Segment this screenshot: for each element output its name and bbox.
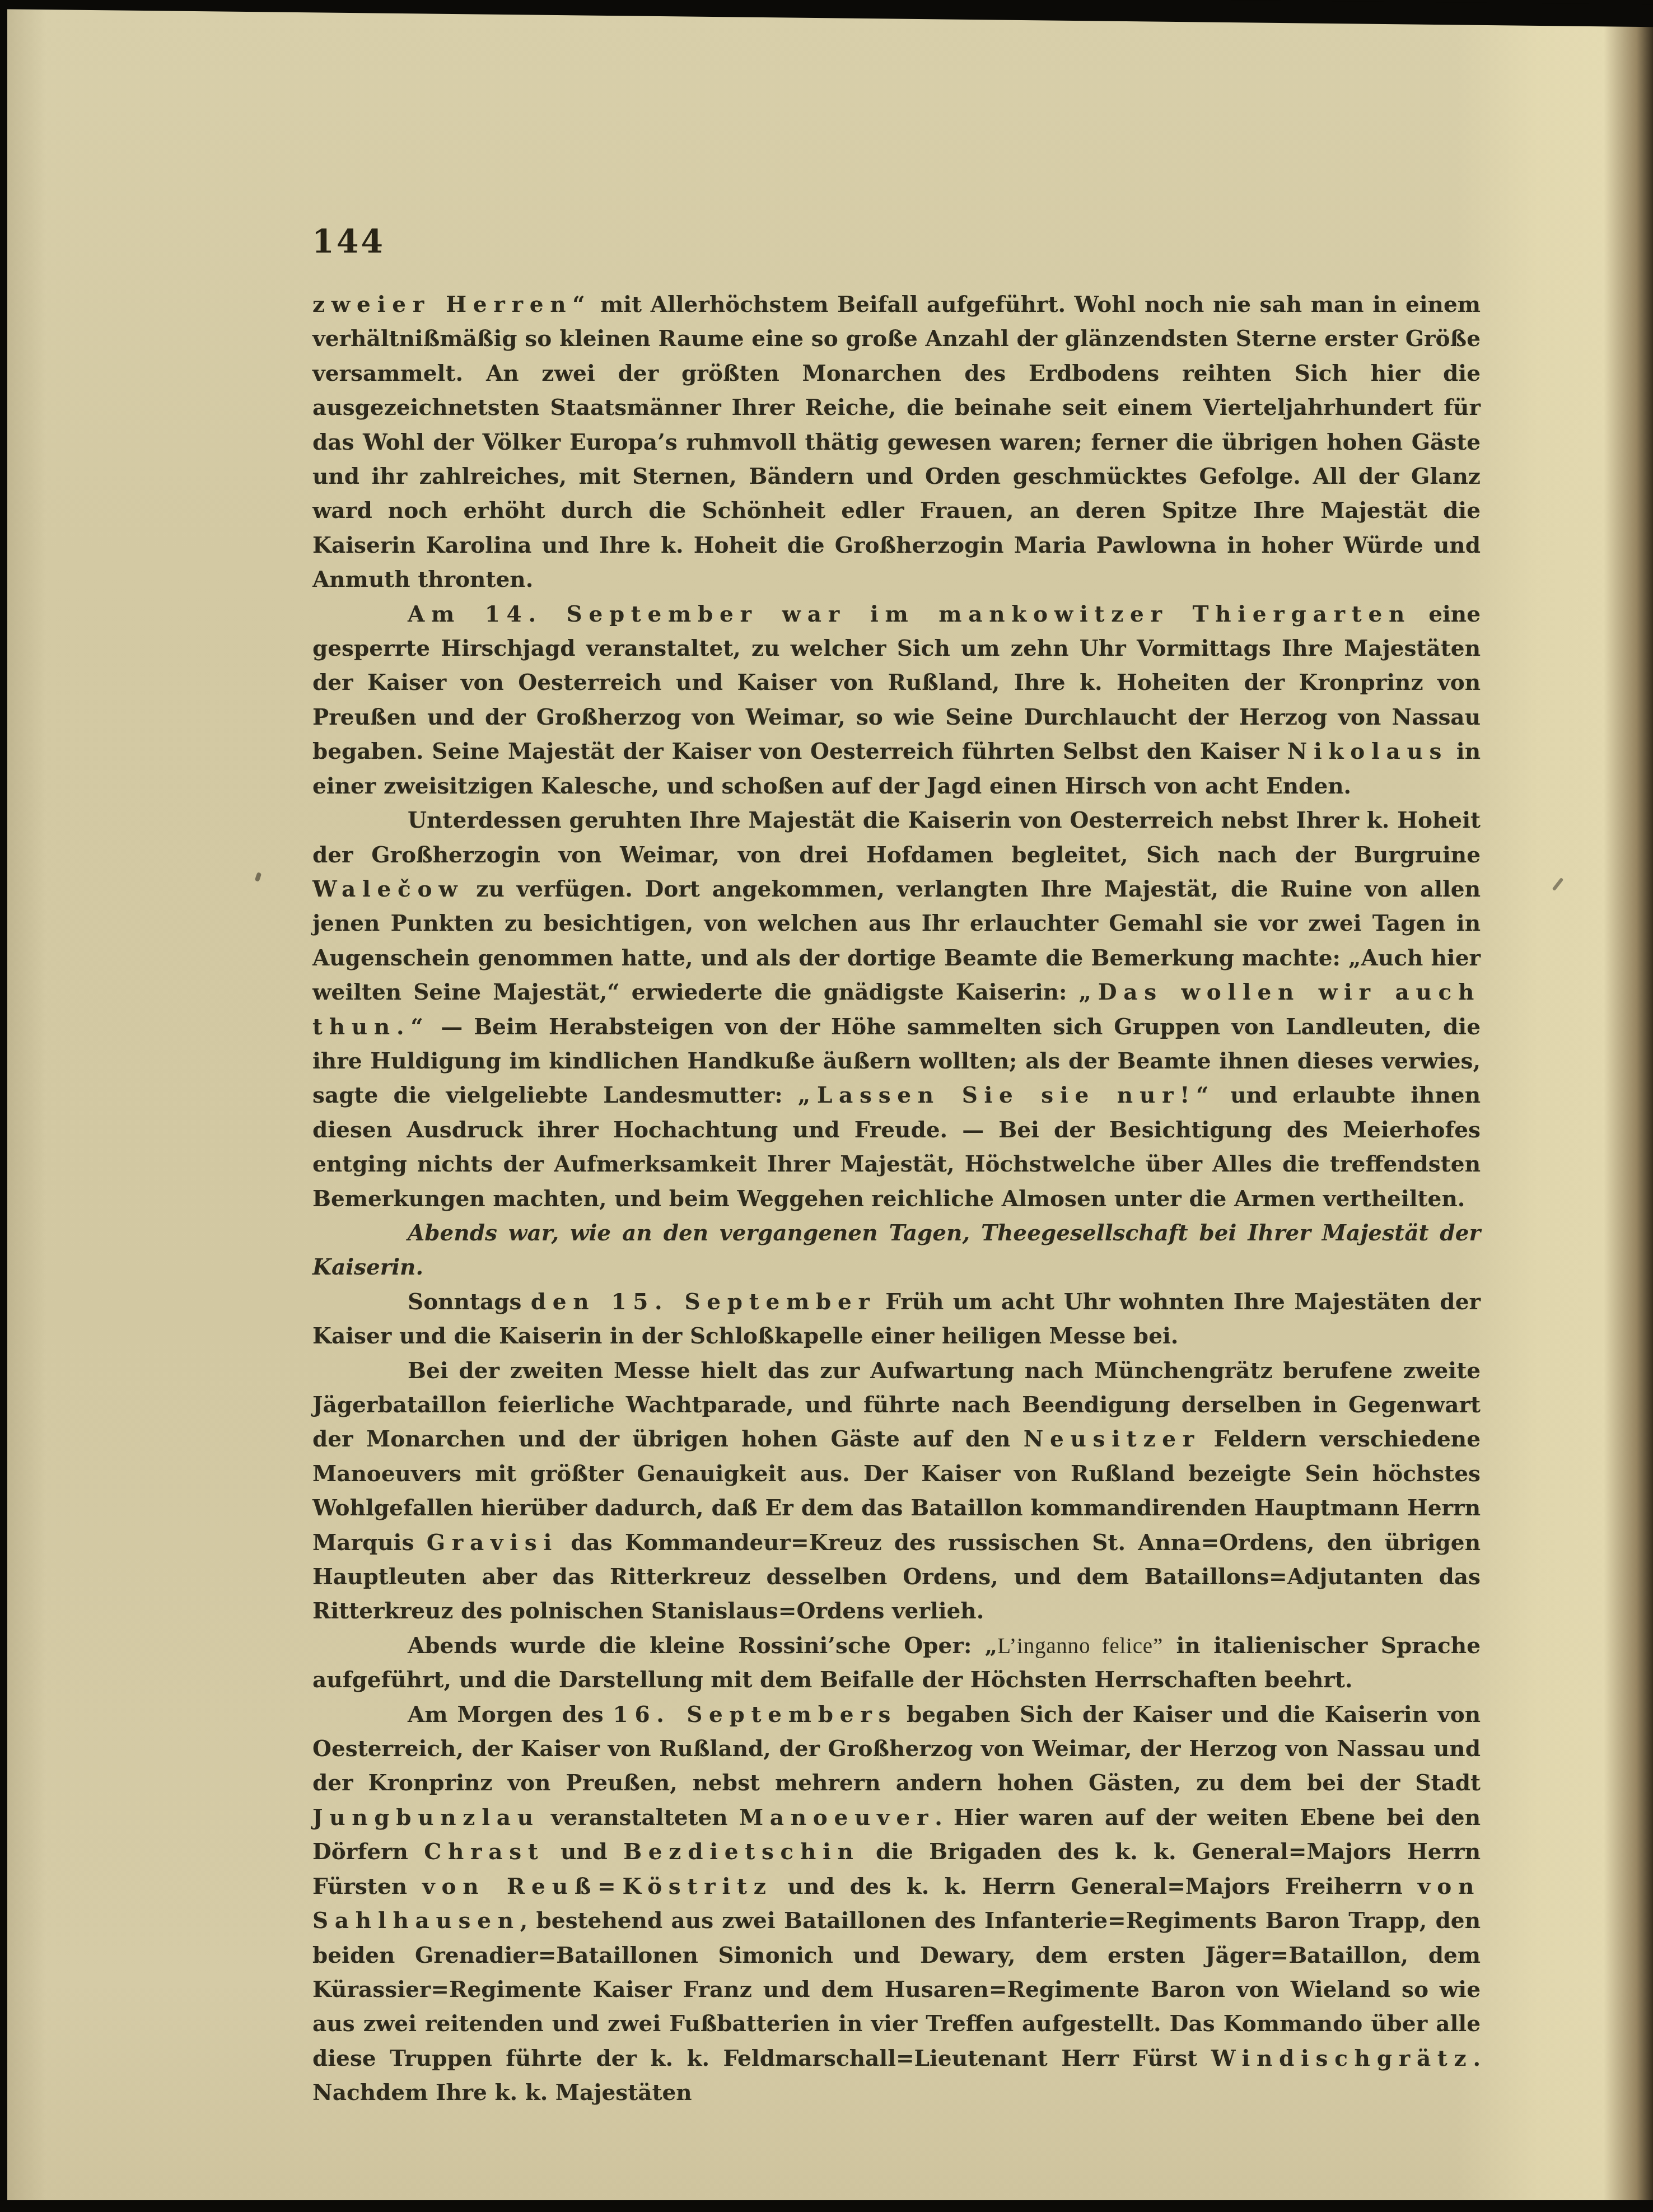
paragraph: Sonntags den 15. September Früh um acht … <box>312 1285 1481 1354</box>
ink-speck-right-margin <box>1552 878 1564 891</box>
text-segment: veranstalteten <box>540 1805 739 1831</box>
text-segment: Manoeuver <box>739 1805 935 1831</box>
text-segment: Jungbunzlau <box>312 1805 540 1831</box>
scan-border-bottom <box>0 2200 1653 2212</box>
text-segment: Am Morgen des <box>408 1702 613 1728</box>
paragraph: Am 14. September war im mankowitzer Thie… <box>312 598 1481 804</box>
paragraph: Abends wurde die kleine Rossini’sche Ope… <box>312 1629 1481 1698</box>
text-segment: Walečow <box>312 876 464 902</box>
text-segment: Chrast <box>424 1839 544 1865</box>
book-page: 144 zweier Herren“ mit Allerhöchstem Bei… <box>7 0 1653 2200</box>
text-segment: den 15. September <box>531 1289 876 1315</box>
ink-speck-left-margin <box>255 872 262 882</box>
scan-border-left <box>0 0 7 2212</box>
paragraph: Unterdessen geruhten Ihre Majestät die K… <box>312 804 1481 1216</box>
text-segment: mit Allerhöchstem Beifall aufgeführt. Wo… <box>312 292 1481 592</box>
page-number: 144 <box>312 223 385 260</box>
text-segment: von Reuß=Köstritz <box>422 1874 772 1900</box>
text-segment: Abends wurde die kleine Rossini’sche Ope… <box>408 1633 997 1659</box>
text-segment: Neusitzer <box>1024 1426 1201 1452</box>
text-segment: Windischgrätz <box>1211 2046 1473 2071</box>
paragraph: Abends war, wie an den vergangenen Tagen… <box>312 1216 1481 1285</box>
text-segment: Nikolaus <box>1287 739 1449 764</box>
paragraph: Bei der zweiten Messe hielt das zur Aufw… <box>312 1354 1481 1629</box>
page-text: zweier Herren“ mit Allerhöchstem Beifall… <box>312 288 1481 2111</box>
paragraph: Am Morgen des 16. Septembers begaben Sic… <box>312 1698 1481 2111</box>
text-segment: Unterdessen geruhten Ihre Majestät die K… <box>312 808 1481 867</box>
text-segment: Am 14. September war im mankowitzer Thie… <box>408 601 1411 627</box>
text-segment: zweier Herren“ <box>312 292 591 318</box>
text-segment: Abends war, wie an den vergangenen Tagen… <box>312 1220 1481 1280</box>
paragraph: zweier Herren“ mit Allerhöchstem Beifall… <box>312 288 1481 598</box>
text-segment: L’inganno felice” <box>997 1634 1163 1658</box>
text-segment: und <box>545 1839 624 1865</box>
text-segment: „Lassen Sie sie nur!“ <box>798 1082 1215 1108</box>
text-segment: Bezdietschin <box>623 1839 860 1865</box>
text-segment: 16. Septembers <box>613 1702 898 1728</box>
text-segment: Sonntags <box>408 1289 531 1315</box>
text-segment: Gravisi <box>427 1530 558 1556</box>
text-segment: und des k. k. Herrn General=Majors Freih… <box>773 1874 1418 1900</box>
